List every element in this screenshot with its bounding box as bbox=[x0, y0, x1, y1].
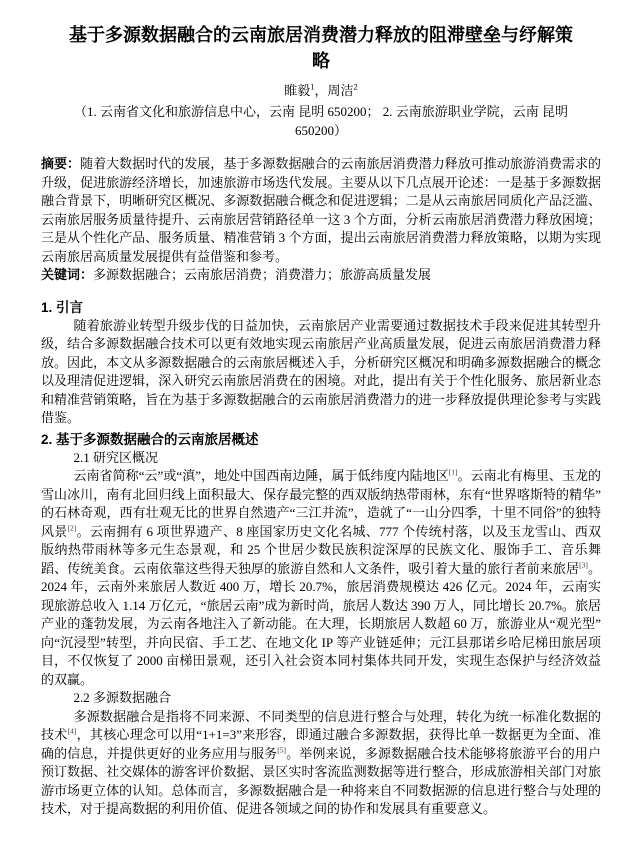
section-1-paragraph: 随着旅游业转型升级步伐的日益加快，云南旅居产业需要通过数据技术手段来促进其转型升… bbox=[41, 317, 601, 428]
affiliation-line-1: （1. 云南省文化和旅游信息中心，云南 昆明 650200； 2. 云南旅游职业… bbox=[41, 102, 601, 121]
paragraph-2-2: 多源数据融合是指将不同来源、不同类型的信息进行整合与处理，转化为统一标准化数据的… bbox=[41, 708, 601, 819]
keywords-text: 多源数据融合；云南旅居消费；消费潜力；旅游高质量发展 bbox=[93, 267, 431, 282]
abstract-text: 随着大数据时代的发展，基于多源数据融合的云南旅居消费潜力释放可推动旅游消费需求的… bbox=[41, 156, 601, 264]
section-2-heading: 2. 基于多源数据融合的云南旅居概述 bbox=[41, 430, 601, 449]
paragraph-2-1-run-0: 云南省简称“云”或“滇”，地处中国西南边陲，属于低纬度内陆地区 bbox=[74, 468, 449, 483]
document-page: 基于多源数据融合的云南旅居消费潜力释放的阻滞壁垒与纾解策略 睢毅1，周洁2 （1… bbox=[0, 0, 640, 851]
author-first: 睢毅 bbox=[284, 83, 310, 98]
paragraph-2-1: 云南省简称“云”或“滇”，地处中国西南边陲，属于低纬度内陆地区[1]。云南北有梅… bbox=[41, 467, 601, 689]
author-second-sup: 2 bbox=[354, 82, 358, 92]
keywords-line: 关键词：多源数据融合；云南旅居消费；消费潜力；旅游高质量发展 bbox=[41, 266, 601, 285]
affiliation: （1. 云南省文化和旅游信息中心，云南 昆明 650200； 2. 云南旅游职业… bbox=[41, 102, 601, 140]
citation-ref-5: [5] bbox=[277, 745, 286, 754]
abstract-label: 摘要： bbox=[41, 156, 80, 171]
abstract-paragraph: 摘要：随着大数据时代的发展，基于多源数据融合的云南旅居消费潜力释放可推动旅游消费… bbox=[41, 155, 601, 266]
section-1-heading: 1. 引言 bbox=[41, 298, 601, 317]
paragraph-2-1-run-4: 。云南拥有 6 项世界遗产、8 座国家历史文化名城、777 个传统村落，以及玉龙… bbox=[41, 524, 601, 576]
author-separator: ， bbox=[314, 83, 327, 98]
authors-line: 睢毅1，周洁2 bbox=[41, 81, 601, 100]
author-second: 周洁 bbox=[328, 83, 354, 98]
paragraph-2-1-run-6: 。2024 年，云南外来旅居人数近 400 万，增长 20.7%，旅居消费规模达… bbox=[41, 561, 601, 687]
subsection-2-2-heading: 2.2 多源数据融合 bbox=[41, 689, 601, 708]
subsection-2-1-heading: 2.1 研究区概况 bbox=[41, 449, 601, 468]
affiliation-line-2: 650200） bbox=[41, 121, 601, 140]
paper-title: 基于多源数据融合的云南旅居消费潜力释放的阻滞壁垒与纾解策略 bbox=[67, 22, 575, 74]
citation-ref-2: [2] bbox=[68, 523, 77, 532]
keywords-label: 关键词： bbox=[41, 267, 93, 282]
citation-ref-1: [1] bbox=[449, 468, 458, 477]
citation-ref-3: [3] bbox=[579, 560, 588, 569]
